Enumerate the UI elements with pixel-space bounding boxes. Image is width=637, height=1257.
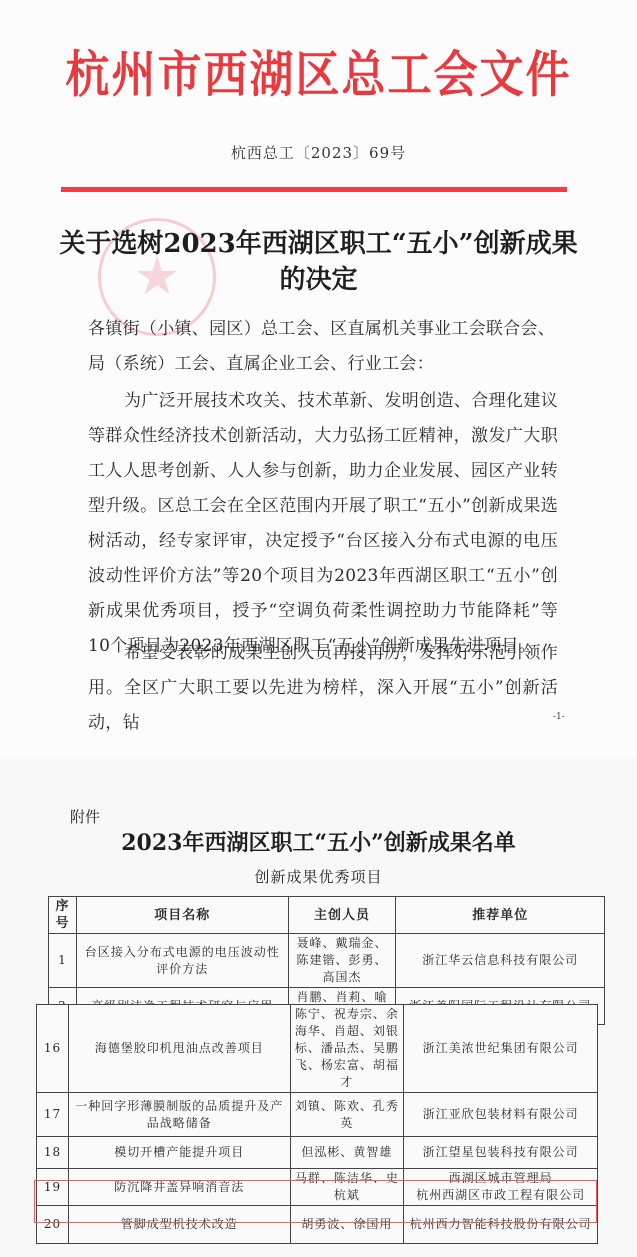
row-members: 陈宁、祝寿宗、余海华、肖超、刘银标、潘品杰、吴鹏飞、杨宏富、胡福才 (290, 1005, 404, 1093)
page-number: -1- (553, 712, 565, 722)
header-members: 主创人员 (288, 897, 396, 934)
row-unit: 浙江望星包装科技有限公司 (404, 1137, 598, 1169)
row-project: 台区接入分布式电源的电压波动性评价方法 (76, 934, 288, 988)
row-index: 16 (37, 1005, 69, 1093)
attachment-label: 附件 (70, 806, 100, 827)
header-unit: 推荐单位 (396, 897, 605, 934)
document-page-1: 杭州市西湖区总工会文件 杭西总工〔2023〕69号 ★ 关于选树2023年西湖区… (0, 0, 637, 758)
red-divider-line (61, 187, 567, 192)
addressee-text: 各镇街（小镇、园区）总工会、区直属机关事业工会联合会、局（系统）工会、直属企业工… (88, 312, 558, 382)
document-title: 关于选树2023年西湖区职工“五小”创新成果 的决定 (0, 226, 637, 298)
list-title: 2023年西湖区职工“五小”创新成果名单 (0, 826, 637, 857)
row-unit: 浙江华云信息科技有限公司 (396, 934, 605, 988)
body-paragraph-1: 为广泛开展技术攻关、技术革新、发明创造、合理化建议等群众性经济技术创新活动，大力… (88, 384, 558, 664)
document-title-line-1: 关于选树2023年西湖区职工“五小”创新成果 (0, 226, 637, 262)
header-index: 序号 (49, 897, 77, 934)
document-number: 杭西总工〔2023〕69号 (0, 142, 637, 163)
highlight-annotation-box (34, 1180, 597, 1223)
row-index: 1 (49, 934, 77, 988)
table-row: 18 模切开槽产能提升项目 但泓彬、黄智雄 浙江望星包装科技有限公司 (37, 1137, 598, 1169)
table-row: 17 一种回字形薄膜制版的品质提升及产品战略储备 刘镇、陈欢、孔秀英 浙江亚欣包… (37, 1093, 598, 1137)
list-subtitle: 创新成果优秀项目 (0, 866, 637, 887)
row-index: 18 (37, 1137, 69, 1169)
row-unit: 浙江美浓世纪集团有限公司 (404, 1005, 598, 1093)
row-project: 一种回字形薄膜制版的品质提升及产品战略储备 (68, 1093, 290, 1137)
row-members: 刘镇、陈欢、孔秀英 (290, 1093, 404, 1137)
table-row: 16 海德堡胶印机甩油点改善项目 陈宁、祝寿宗、余海华、肖超、刘银标、潘品杰、吴… (37, 1005, 598, 1093)
table-header-row: 序号 项目名称 主创人员 推荐单位 (49, 897, 605, 934)
body-paragraph-2: 希望受表彰的成果主创人员再接再厉，发挥好示范引领作用。全区广大职工要以先进为榜样… (88, 636, 558, 741)
document-header-title: 杭州市西湖区总工会文件 (0, 45, 637, 108)
document-title-line-2: 的决定 (0, 262, 637, 298)
table-row: 1 台区接入分布式电源的电压波动性评价方法 聂峰、戴瑞金、陈建锴、彭勇、高国杰 … (49, 934, 605, 988)
row-index: 17 (37, 1093, 69, 1137)
row-unit: 浙江亚欣包装材料有限公司 (404, 1093, 598, 1137)
row-project: 模切开槽产能提升项目 (68, 1137, 290, 1169)
row-members: 但泓彬、黄智雄 (290, 1137, 404, 1169)
header-project: 项目名称 (76, 897, 288, 934)
row-members: 聂峰、戴瑞金、陈建锴、彭勇、高国杰 (288, 934, 396, 988)
row-project: 海德堡胶印机甩油点改善项目 (68, 1005, 290, 1093)
